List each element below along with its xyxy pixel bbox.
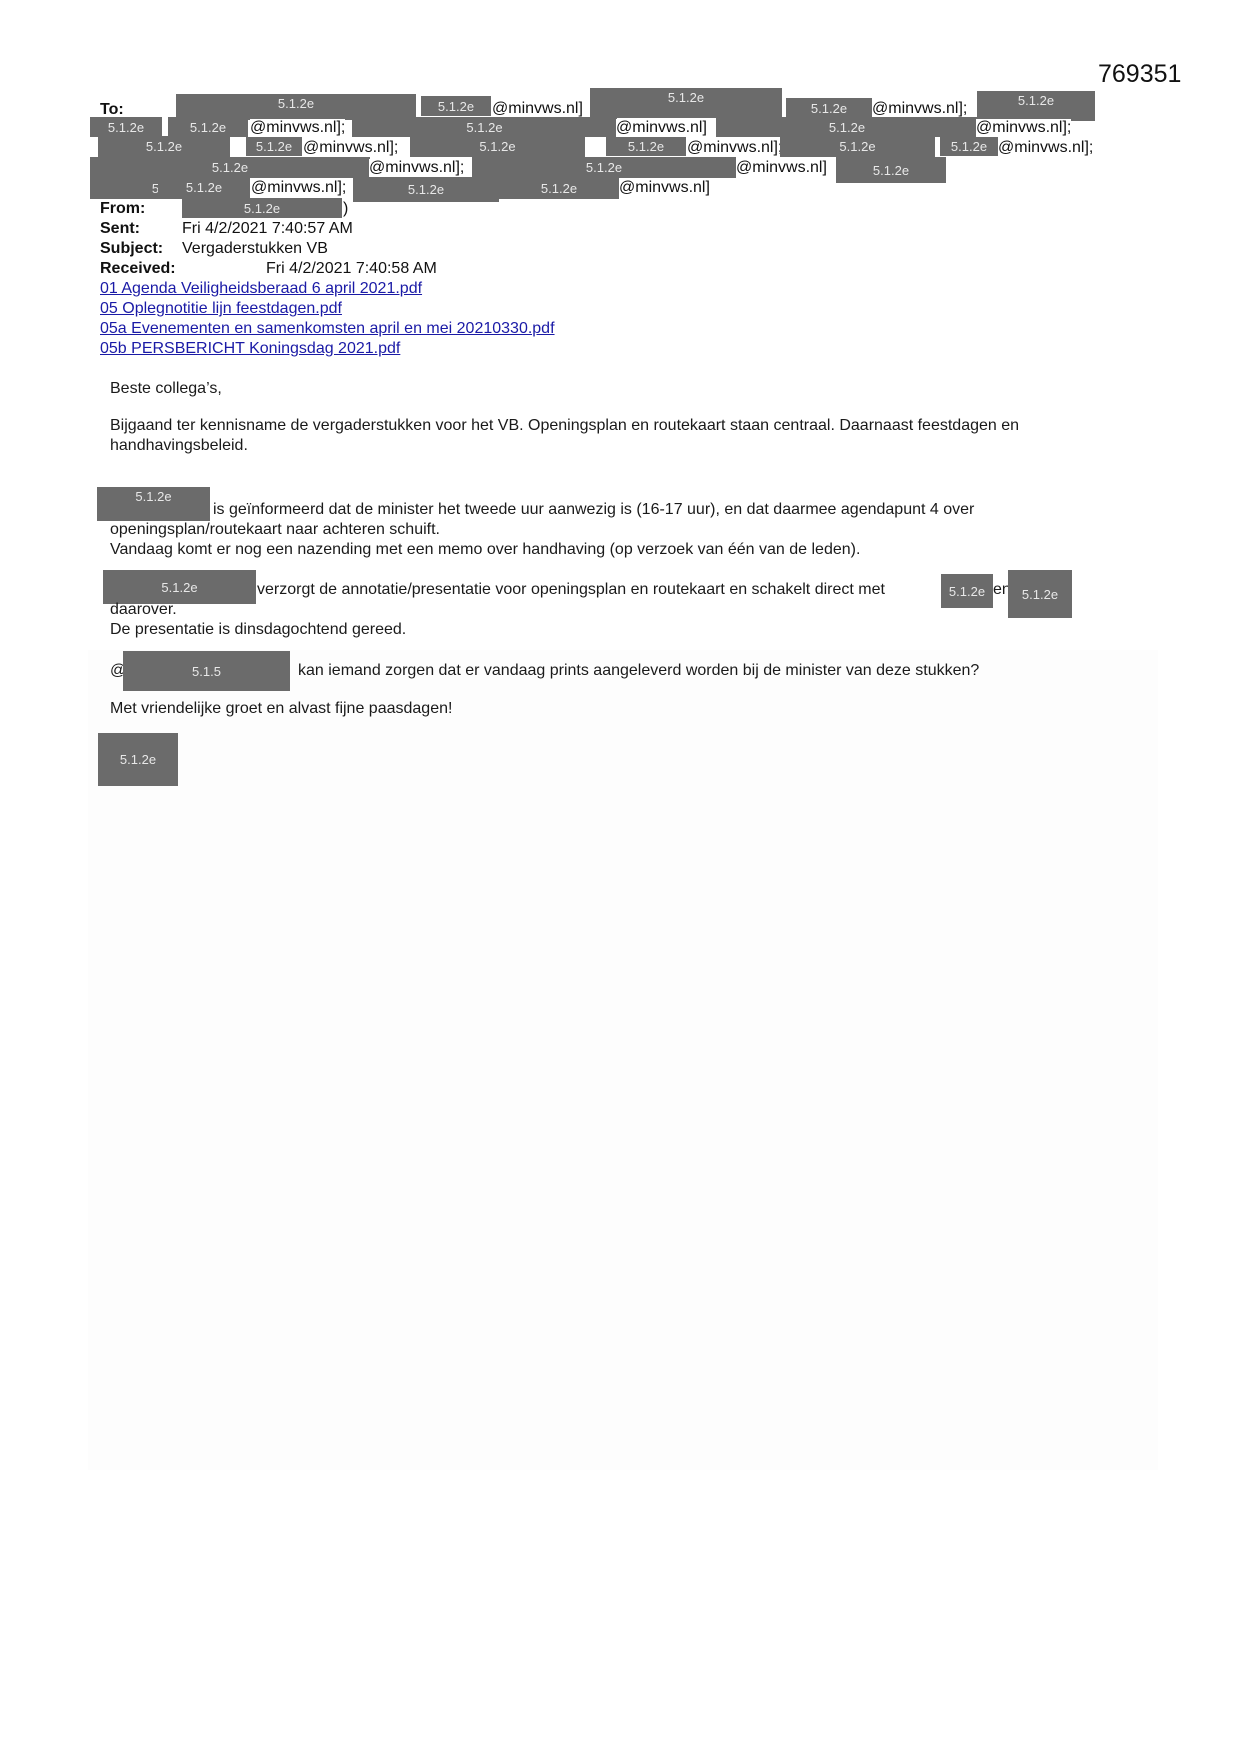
redaction-box: 5.1.2e [421, 96, 491, 116]
paragraph-3-line-2: daarover. [110, 600, 177, 620]
subject-label: Subject: [100, 240, 163, 258]
redaction-box: 5.1.2e [352, 117, 617, 137]
attachment-link[interactable]: 05b PERSBERICHT Koningsdag 2021.pdf [100, 340, 400, 358]
paragraph-2-line-3: Vandaag komt er nog een nazending met ee… [110, 540, 860, 560]
redaction-box: 5.1.2e [472, 157, 736, 178]
from-suffix: ) [343, 200, 348, 218]
received-label: Received: [100, 260, 176, 278]
redaction-box: 5.1.2e [103, 570, 256, 604]
paragraph-1-line-1: Bijgaand ter kennisname de vergaderstukk… [110, 416, 1019, 436]
subject-value: Vergaderstukken VB [182, 240, 328, 258]
redaction-box: 5.1.2e [941, 574, 993, 608]
document-id: 769351 [1098, 60, 1181, 89]
email-suffix: @minvws.nl]; [976, 119, 1071, 137]
redaction-box: 5.1.2e [158, 177, 250, 197]
redaction-box: 5.1.2e [977, 91, 1095, 121]
attachment-link[interactable]: 05a Evenementen en samenkomsten april en… [100, 320, 555, 338]
paragraph-1-line-2: handhavingsbeleid. [110, 436, 248, 456]
redaction-box: 5.1.2e [168, 117, 248, 137]
redaction-box: 5.1.2e [940, 137, 998, 156]
redaction-box: 5.1.2e [590, 88, 782, 118]
greeting: Beste collega’s, [110, 379, 222, 399]
from-label: From: [100, 200, 145, 218]
email-suffix: @minvws.nl] [616, 119, 707, 137]
email-suffix: @minvws.nl] [492, 100, 583, 118]
attachment-link[interactable]: 05 Oplegnotitie lijn feestdagen.pdf [100, 300, 342, 318]
email-suffix: @minvws.nl]; [998, 139, 1093, 157]
redaction-box: 5.1.2e [836, 157, 946, 183]
redaction-box: 5.1.2e [246, 137, 302, 156]
sent-value: Fri 4/2/2021 7:40:57 AM [182, 220, 353, 238]
paragraph-3-line-3: De presentatie is dinsdagochtend gereed. [110, 620, 406, 640]
redaction-box: 5.1.2e [606, 137, 686, 156]
redaction-box: 5.1.2e [98, 136, 230, 157]
redaction-box: 5.1.5 [123, 651, 290, 691]
closing: Met vriendelijke groet en alvast fijne p… [110, 699, 452, 719]
redaction-box: 5.1.2e [499, 177, 619, 199]
email-suffix: @minvws.nl]; [872, 100, 967, 118]
email-suffix: @minvws.nl]; [250, 119, 345, 137]
paragraph-3-line-1: verzorgt de annotatie/presentatie voor o… [257, 580, 885, 600]
email-suffix: @minvws.nl]; [369, 159, 464, 177]
email-suffix: @minvws.nl]; [303, 139, 398, 157]
paragraph-2-line-2: openingsplan/routekaart naar achteren sc… [110, 520, 440, 540]
redaction-box: 5.1.2e [780, 136, 935, 157]
redaction-box: 5.1.2e [90, 117, 162, 137]
signature-redaction-box: 5.1.2e [98, 733, 178, 786]
email-suffix: @minvws.nl]; [251, 179, 346, 197]
email-suffix: @minvws.nl] [736, 159, 827, 177]
redaction-box: 5.1.2e [353, 177, 499, 202]
redaction-box: 5.1.2e [716, 117, 978, 137]
redaction-box: 5.1.2e [97, 487, 210, 521]
sent-label: Sent: [100, 220, 140, 238]
email-suffix: @minvws.nl] [619, 179, 710, 197]
received-value: Fri 4/2/2021 7:40:58 AM [266, 260, 437, 278]
redaction-box: 5.1.2e [182, 198, 342, 218]
page-background [88, 650, 1158, 1470]
redaction-box: 5.1.2e [410, 136, 585, 157]
redaction-box: 5.1.2e [1008, 570, 1072, 618]
paragraph-4-text: kan iemand zorgen dat er vandaag prints … [298, 661, 979, 681]
redaction-box: 5.1.2e [786, 98, 872, 118]
paragraph-2-line-1: is geïnformeerd dat de minister het twee… [213, 500, 974, 520]
redaction-box: 5.1.2e [90, 157, 370, 178]
attachment-link[interactable]: 01 Agenda Veiligheidsberaad 6 april 2021… [100, 280, 422, 298]
email-suffix: @minvws.nl]; [687, 139, 782, 157]
